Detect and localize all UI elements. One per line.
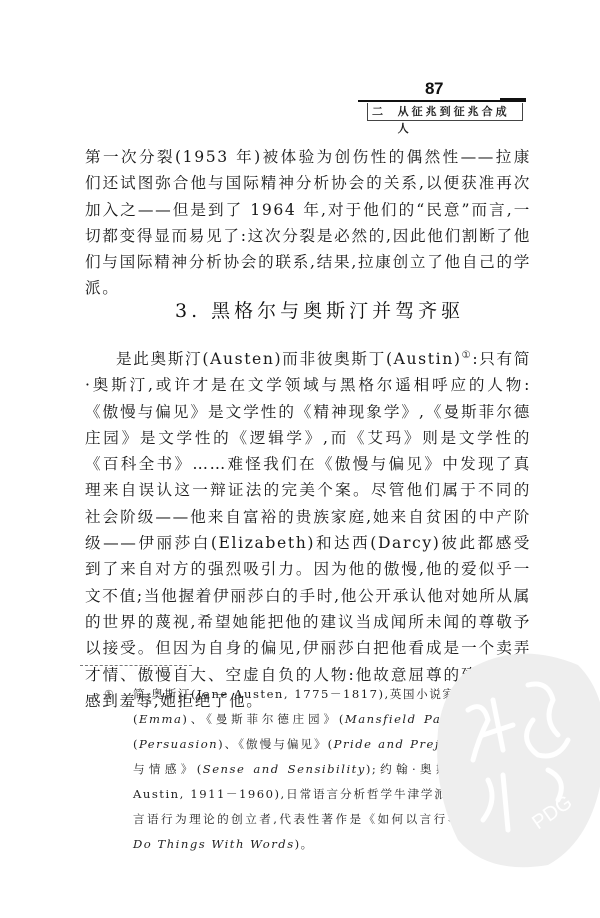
chapter-title: 从征兆到征兆合成人: [398, 103, 522, 120]
paragraph-lead: 是此奥斯汀(Austen)而非彼奥斯丁(Austin): [116, 350, 462, 368]
running-head: 二 从征兆到征兆合成人: [367, 103, 523, 121]
footnote-text: )、《曼斯菲尔德庄园》(: [182, 712, 344, 726]
header-rule-accent: [500, 98, 526, 102]
page-number: 87: [425, 79, 443, 99]
body-paragraph-1: 第一次分裂(1953 年)被体验为创伤性的偶然性——拉康们还试图弥合他与国际精神…: [85, 144, 531, 302]
footnote: ① 简·奥斯汀(Jane Austen, 1775－1817),英国小说家,著有…: [104, 682, 534, 857]
footnote-title-en: Sense and Sensibility: [203, 762, 366, 776]
footnote-title-en: Emma: [139, 712, 182, 726]
watermark-label: PDG: [528, 791, 576, 834]
section-heading: 3. 黑格尔与奥斯汀并驾齐驱: [175, 296, 445, 323]
header-rule: [358, 100, 500, 102]
footnote-separator: [80, 665, 192, 666]
footnote-marker: ①: [104, 682, 133, 857]
footnote-title-en: Pride and Prejudice: [334, 737, 480, 751]
footnote-text: )。: [295, 837, 314, 851]
body-paragraph-2: 是此奥斯汀(Austen)而非彼奥斯丁(Austin)①:只有简·奥斯汀,或许才…: [85, 346, 531, 714]
paragraph-rest: :只有简·奥斯汀,或许才是在文学领域与黑格尔遥相呼应的人物:《傲慢与偏见》是文学…: [85, 350, 531, 710]
chapter-number: 二: [368, 103, 398, 120]
paragraph-text: 第一次分裂(1953 年)被体验为创伤性的偶然性——拉康们还试图弥合他与国际精神…: [85, 144, 531, 302]
footnote-reference[interactable]: ①: [462, 350, 473, 361]
footnote-title-en: Mansfield Park: [345, 712, 457, 726]
paragraph-text: 是此奥斯汀(Austen)而非彼奥斯丁(Austin)①:只有简·奥斯汀,或许才…: [85, 346, 531, 714]
footnote-title-en: Persuasion: [139, 737, 218, 751]
footnote-body: 简·奥斯汀(Jane Austen, 1775－1817),英国小说家,著有《爱…: [133, 682, 534, 857]
footnote-text: )、《傲慢与偏见》(: [218, 737, 333, 751]
